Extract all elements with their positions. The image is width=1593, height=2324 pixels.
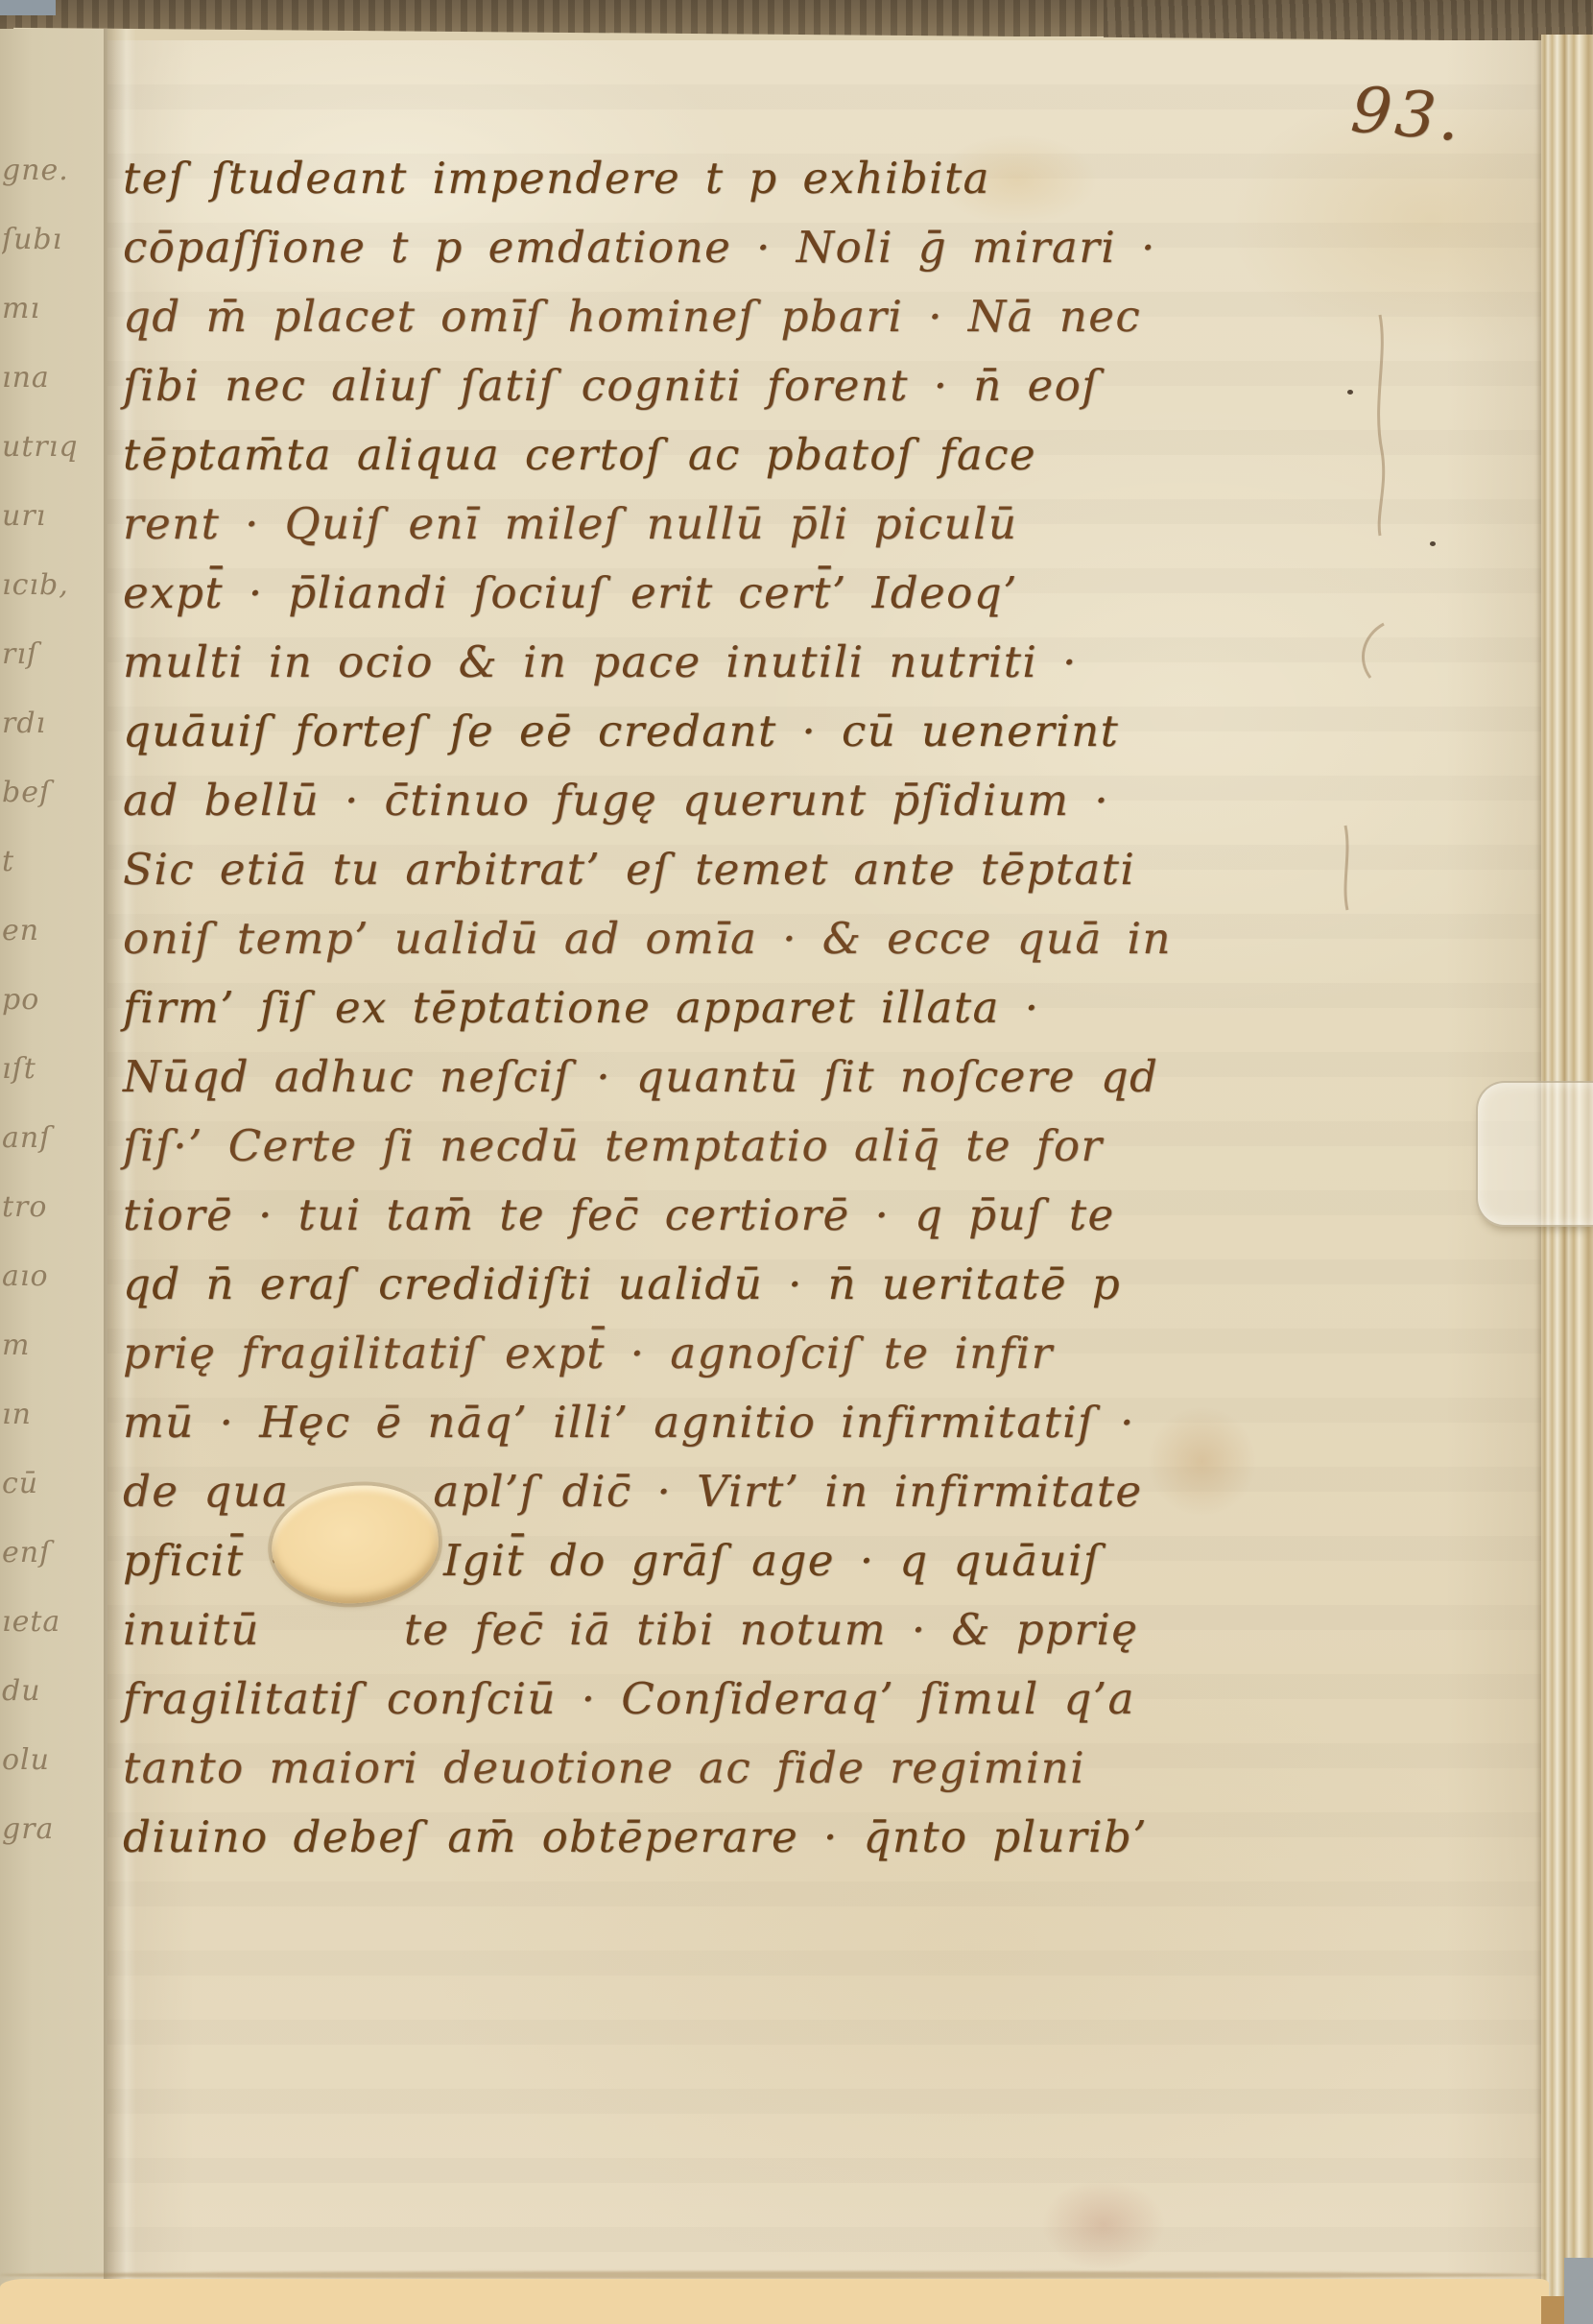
text-line: mū · Hęc ē nāq’ illi’ agnitio infirmitat… [123,1388,1274,1457]
text-line: Nūqd adhuc neſciſ · quantū ſit noſcere q… [123,1042,1274,1112]
page-bottom-edge [0,2271,1547,2279]
text-segment: ſibi nec aliuſ ſatiſ cogniti forent · n̄… [123,360,1099,411]
text-line: qd m̄ placet omīſ homineſ pbari · Nā nec [123,282,1274,351]
gutter-fragment: anſ [2,1121,79,1163]
text-line: ſiſ·’ Certe ſi necdū temptatio aliq̄ te … [123,1112,1274,1181]
text-segment: fragilitatiſ conſciū · Conſideraq’ ſimul… [123,1673,1135,1724]
text-segment: Nūqd adhuc neſciſ · quantū ſit noſcere q… [123,1051,1158,1102]
gutter-fragment: t [2,845,79,887]
gutter-fragment: utrıq, [2,430,79,472]
text-segment: qd n̄ eraſ credidiſti ualidū · n̄ uerita… [123,1258,1121,1309]
text-line: quāuiſ forteſ ſe eē credant · cū uenerin… [123,697,1274,766]
text-segment: ad bellū · c̄tinuo fugę querunt p̄ſidium… [123,775,1109,826]
gutter-fragment: rıſ [2,637,79,680]
margin-show-through-marks [1334,307,1411,922]
text-segment: expt̄ · p̄liandi ſociuſ erit cert̄’ Ideo… [123,567,1018,618]
text-segment: Igit̄ do grāſ age · q quāuiſ [443,1535,1101,1586]
gutter-fragment: ıſt [2,1052,79,1094]
text-line: inuitūte fec̄ iā tibi notum · & pprię [123,1595,1274,1665]
background-corner-patch [0,0,56,15]
text-line: fragilitatiſ conſciū · Conſideraq’ ſimul… [123,1665,1274,1734]
transparent-index-tab [1476,1081,1593,1227]
text-segment: tiorē · tui tam̄ te fec̄ certiorē · q p̄… [123,1189,1115,1240]
text-segment: firm’ ſiſ ex tēptatione apparet illata · [123,982,1039,1033]
text-segment: te fec̄ iā tibi notum · & pprię [404,1604,1139,1655]
text-line: ſibi nec aliuſ ſatiſ cogniti forent · n̄… [123,351,1274,420]
text-block: teſ ſtudeant impendere t p exhibitacōpaſ… [123,144,1274,1872]
gutter-fragment: du [2,1674,79,1716]
gutter-fragment: beſ [2,776,79,818]
gutter-fragment: tro [2,1190,79,1233]
text-line: rent · Quiſ enī mileſ nullū p̄li piculū [123,490,1274,559]
gutter-fragment: ſubı [2,223,79,265]
background-corner-patch-bottom [1564,2258,1593,2324]
text-segment: tanto maiori deuotione ac fide regimini [123,1742,1085,1793]
gutter-fragment: urı [2,499,79,541]
gutter-fragment: aıo [2,1259,79,1302]
text-segment: Sic etiā tu arbitrat’ eſ temet ante tēpt… [123,844,1135,895]
gutter-fragment: rdı [2,707,79,749]
text-segment: mū · Hęc ē nāq’ illi’ agnitio infirmitat… [123,1397,1135,1448]
text-segment: de qua [123,1466,289,1517]
text-segment: cōpaſſione t p emdatione · Noli ḡ mirari… [123,222,1156,273]
gutter-fragment: ına [2,361,79,403]
text-line: expt̄ · p̄liandi ſociuſ erit cert̄’ Ideo… [123,559,1274,628]
text-segment: rent · Quiſ enī mileſ nullū p̄li piculū [123,498,1017,549]
text-line: oniſ temp’ ualidū ad omīa · & ecce quā i… [123,904,1274,973]
gutter-fragment: gra [2,1812,79,1855]
gutter-fragment: en [2,914,79,956]
manuscript-photo: gne.ſubımıınautrıq,urııcıb,rıſrdıbeſtenp… [0,0,1593,2324]
text-segment: multi in ocio & in pace inutili nutriti … [123,636,1078,687]
gutter-fragment: gne. [2,154,79,196]
gutter-fragment: cū [2,1467,79,1509]
gutter-fragment: ın [2,1398,79,1440]
stain [1041,2179,1166,2270]
text-line: firm’ ſiſ ex tēptatione apparet illata · [123,973,1274,1042]
text-line: cōpaſſione t p emdatione · Noli ḡ mirari… [123,213,1274,282]
gutter-fragment: po [2,983,79,1025]
ink-speck [1430,541,1436,546]
text-segment: qd m̄ placet omīſ homineſ pbari · Nā nec [123,291,1141,342]
text-line: qd n̄ eraſ credidiſti ualidū · n̄ uerita… [123,1250,1274,1319]
text-line: tēptam̄ta aliqua certoſ ac pbatoſ face [123,420,1274,490]
text-segment: oniſ temp’ ualidū ad omīa · & ecce quā i… [123,913,1172,964]
text-line: tiorē · tui tam̄ te fec̄ certiorē · q p̄… [123,1181,1274,1250]
text-segment: quāuiſ forteſ ſe eē credant · cū uenerin… [123,706,1119,756]
text-line: tanto maiori deuotione ac fide regimini [123,1734,1274,1803]
text-segment: ſiſ·’ Certe ſi necdū temptatio aliq̄ te … [123,1120,1103,1171]
gutter-fragment: enſ [2,1536,79,1578]
bottom-mat [0,2279,1549,2324]
text-line: multi in ocio & in pace inutili nutriti … [123,628,1274,697]
text-segment: prię fragilitatiſ expt̄ · agnoſciſ te in… [123,1328,1054,1378]
text-line: teſ ſtudeant impendere t p exhibita [123,144,1274,213]
text-line: Sic etiā tu arbitrat’ eſ temet ante tēpt… [123,835,1274,904]
text-segment: tēptam̄ta aliqua certoſ ac pbatoſ face [123,429,1036,480]
text-segment: apl’ſ dic̄ · Virt’ in infirmitate [433,1466,1142,1517]
gutter-fragment: m [2,1329,79,1371]
text-segment: inuitū [123,1604,260,1655]
text-segment: diuino debeſ am̄ obtēperare · q̄nto plur… [123,1811,1148,1862]
text-line: ad bellū · c̄tinuo fugę querunt p̄ſidium… [123,766,1274,835]
gutter-fragment: mı [2,292,79,334]
gutter-fragment: ıcıb, [2,568,79,611]
gutter-fragment: ıeta [2,1605,79,1647]
text-segment: teſ ſtudeant impendere t p exhibita [123,153,990,204]
text-line: diuino debeſ am̄ obtēperare · q̄nto plur… [123,1803,1274,1872]
gutter-fragment: olu [2,1743,79,1785]
text-line: prię fragilitatiſ expt̄ · agnoſciſ te in… [123,1319,1274,1388]
